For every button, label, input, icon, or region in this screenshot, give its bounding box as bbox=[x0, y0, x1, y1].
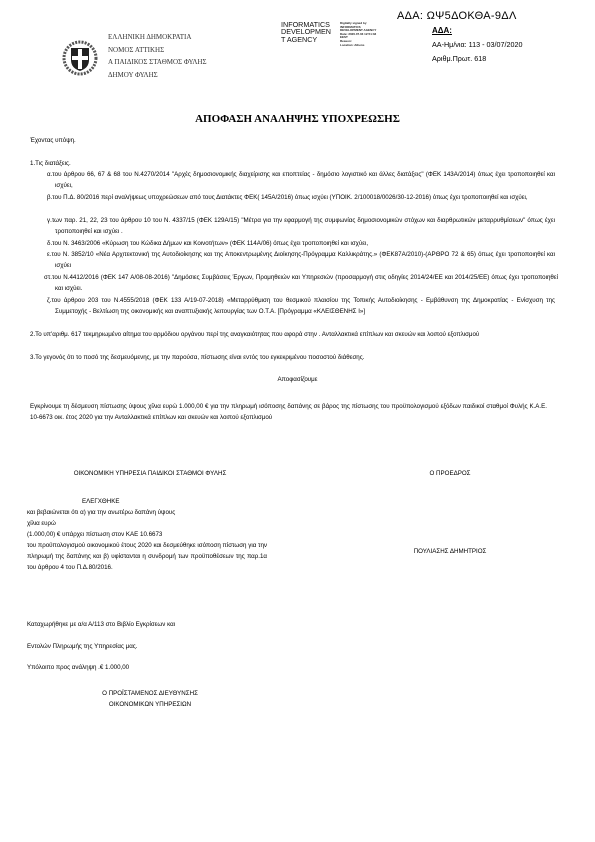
document-title: ΑΠΟΦΑΣΗ ΑΝΑΛΗΨΗΣ ΥΠΟΧΡΕΩΣΗΣ bbox=[0, 113, 595, 125]
provision-c: γ.των παρ. 21, 22, 23 του άρθρου 10 του … bbox=[47, 215, 555, 237]
president-name: ΠΟΥΛΙΑΣΗΣ ΔΗΜΗΤΡΙΟΣ bbox=[390, 546, 510, 557]
provision-b: β.του Π.Δ. 80/2016 περί αναλήψεως υποχρε… bbox=[47, 192, 555, 203]
decision-heading: Αποφασίζουμε bbox=[0, 374, 595, 385]
ada-code: ΑΔΑ: ΩΨ5ΔΟΚΘΑ-9ΔΛ bbox=[397, 10, 517, 22]
provision-g: ζ.του άρθρου 203 του Ν.4555/2018 (ΦΕΚ 13… bbox=[47, 295, 555, 317]
org-line: Α ΠΑΙΔΙΚΟΣ ΣΤΑΘΜΟΣ ΦΥΛΗΣ bbox=[108, 56, 207, 69]
check-line-1: και βεβαιώνεται ότι α) για την ανωτέρω δ… bbox=[27, 507, 272, 518]
ada-label: ΑΔΑ: bbox=[432, 26, 452, 35]
approval-text: Εγκρίνουμε τη δέσμευση πίστωσης ύψους χί… bbox=[30, 401, 547, 423]
protocol-number: Αριθμ.Πρωτ. 618 bbox=[432, 54, 486, 63]
greek-emblem-icon bbox=[62, 40, 98, 76]
stamp-line: T AGENCY bbox=[281, 36, 331, 43]
issuer-header: ΕΛΛΗΝΙΚΗ ΔΗΜΟΚΡΑΤΙΑ ΝΟΜΟΣ ΑΤΤΙΚΗΣ Α ΠΑΙΔ… bbox=[108, 31, 207, 81]
item-3: 3.Το γεγονός ότι το ποσό της δεσμευόμενη… bbox=[30, 352, 547, 363]
check-line-3: (1.000,00) € υπάρχει πίστωση στον ΚΑΕ 10… bbox=[27, 529, 162, 540]
checked-label: ΕΛΕΓΧΘΗΚΕ bbox=[82, 496, 119, 507]
ada-date: ΑΑ-Ημ/νια: 113 - 03/07/2020 bbox=[432, 40, 522, 49]
section1-heading: 1.Τις διατάξεις. bbox=[30, 158, 71, 169]
registration-text-2: Εντολών Πληρωμής της Υπηρεσίας μας. bbox=[27, 641, 138, 652]
provision-e: ε.του Ν. 3852/10 «Νέα Αρχιτεκτονική της … bbox=[47, 249, 555, 271]
provision-a: α.του άρθρου 66, 67 & 68 του Ν.4270/2014… bbox=[47, 169, 555, 191]
intro-text: Έχοντας υπόψη. bbox=[30, 135, 76, 146]
check-line-2: χίλια ευρώ bbox=[27, 518, 56, 529]
org-line: ΔΗΜΟΥ ΦΥΛΗΣ bbox=[108, 69, 207, 82]
service-name: ΟΙΚΟΝΟΜΙΚΗ ΥΠΗΡΕΣΙΑ ΠΑΙΔΙΚΟΙ ΣΤΑΘΜΟΙ ΦΥΛ… bbox=[30, 468, 270, 479]
item-2: 2.Το υπ'αριθμ. 617 τεκμηριωμένο αίτημα τ… bbox=[30, 329, 547, 340]
org-line: ΕΛΛΗΝΙΚΗ ΔΗΜΟΚΡΑΤΙΑ bbox=[108, 31, 207, 44]
president-role: Ο ΠΡΟΕΔΡΟΣ bbox=[390, 468, 510, 479]
signature-details: Digitally signed by INFORMATICS DEVELOPM… bbox=[340, 22, 376, 47]
check-paragraph: του προϋπολογισμού οικονομικού έτους 202… bbox=[27, 540, 267, 574]
head-title-2: ΟΙΚΟΝΟΜΙΚΩΝ ΥΠΗΡΕΣΙΩΝ bbox=[30, 699, 270, 710]
provision-d: δ.του Ν. 3463/2006 «Κύρωση του Κώδικα Δή… bbox=[47, 238, 547, 249]
org-line: ΝΟΜΟΣ ΑΤΤΙΚΗΣ bbox=[108, 44, 207, 57]
head-title-1: Ο ΠΡΟΪΣΤΑΜΕΝΟΣ ΔΙΕΥΘΥΝΣΗΣ bbox=[30, 688, 270, 699]
signature-stamp: INFORMATICS DEVELOPMEN T AGENCY bbox=[281, 21, 331, 43]
remaining-amount: Υπόλοιπο προς ανάληψη .€ 1.000,00 bbox=[27, 662, 129, 673]
registration-text: Καταχωρήθηκε με α/α Α/113 στο Βιβλίο Εγκ… bbox=[27, 619, 267, 630]
sig-line: Location: Athens bbox=[340, 44, 376, 48]
provision-f: στ.του Ν.4412/2016 (ΦΕΚ 147 Α/08-08-2016… bbox=[44, 272, 558, 294]
